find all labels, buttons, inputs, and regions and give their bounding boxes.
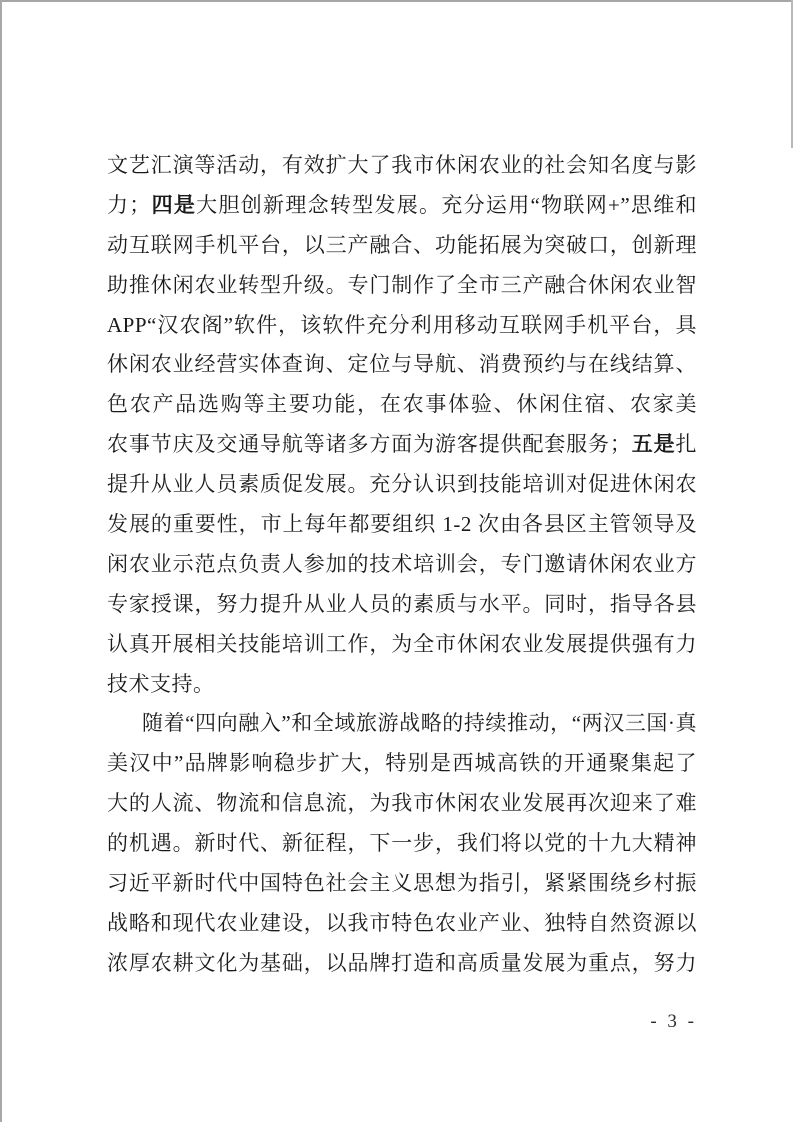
text-line: 随着“四向融入”和全域旅游战略的持续推动，“两汉三国·真: [107, 704, 697, 744]
text-run: 大的人流、物流和信息流，为我市休闲农业发展再次迎来了难得: [107, 791, 697, 824]
scan-edge-left-line: [0, 0, 2, 1122]
text-line: 美汉中”品牌影响稳步扩大，特别是西城高铁的开通聚集起了强: [107, 744, 697, 784]
bold-text-run: 四是: [151, 193, 196, 217]
text-line: 文艺汇演等活动，有效扩大了我市休闲农业的社会知名度与影响: [107, 146, 697, 186]
document-lines: 文艺汇演等活动，有效扩大了我市休闲农业的社会知名度与影响力；四是大胆创新理念转型…: [107, 146, 697, 984]
text-run: APP“汉农阁”软件，该软件充分利用移动互联网手机平台，具有: [107, 313, 697, 346]
text-line: 助推休闲农业转型升级。专门制作了全市三产融合休闲农业智能: [107, 266, 697, 306]
document-page: 文艺汇演等活动，有效扩大了我市休闲农业的社会知名度与影响力；四是大胆创新理念转型…: [0, 0, 793, 1122]
text-run: 随着“四向融入”和全域旅游战略的持续推动，“两汉三国·真: [142, 711, 697, 735]
text-run: 战略和现代农业建设，以我市特色农业产业、独特自然资源以及: [107, 911, 697, 944]
text-run: 色农产品选购等主要功能，在农事体验、休闲住宿、农家美食、: [107, 392, 697, 425]
text-line: 动互联网手机平台，以三产融合、功能拓展为突破口，创新理念: [107, 226, 697, 266]
text-line: 战略和现代农业建设，以我市特色农业产业、独特自然资源以及: [107, 904, 697, 944]
bold-text-run: 五是: [631, 432, 675, 456]
text-line: 技术支持。: [107, 665, 697, 705]
text-run: 动互联网手机平台，以三产融合、功能拓展为突破口，创新理念: [107, 233, 697, 266]
text-run: 浓厚农耕文化为基础，以品牌打造和高质量发展为重点，努力创: [107, 951, 697, 984]
text-line: APP“汉农阁”软件，该软件充分利用移动互联网手机平台，具有: [107, 306, 697, 346]
text-line: 力；四是大胆创新理念转型发展。充分运用“物联网+”思维和移: [107, 186, 697, 226]
text-run: 休闲农业经营实体查询、定位与导航、消费预约与在线结算、特: [107, 352, 697, 385]
text-line: 专家授课，努力提升从业人员的素质与水平。同时，指导各县区: [107, 585, 697, 625]
text-line: 大的人流、物流和信息流，为我市休闲农业发展再次迎来了难得: [107, 784, 697, 824]
text-line: 提升从业人员素质促发展。充分认识到技能培训对促进休闲农业: [107, 465, 697, 505]
text-run: 力；: [107, 193, 151, 217]
text-run: 大胆创新理念转型发展。充分运用“物联网+”思维和移: [107, 193, 697, 226]
text-line: 闲农业示范点负责人参加的技术培训会，专门邀请休闲农业方面: [107, 545, 697, 585]
text-line: 农事节庆及交通导航等诸多方面为游客提供配套服务；五是扎实: [107, 425, 697, 465]
text-run: 助推休闲农业转型升级。专门制作了全市三产融合休闲农业智能: [107, 273, 697, 306]
text-run: 技术支持。: [107, 672, 215, 696]
text-line: 发展的重要性，市上每年都要组织 1-2 次由各县区主管领导及休: [107, 505, 697, 545]
text-run: 发展的重要性，市上每年都要组织 1-2 次由各县区主管领导及休: [107, 512, 697, 545]
text-line: 浓厚农耕文化为基础，以品牌打造和高质量发展为重点，努力创: [107, 944, 697, 984]
text-run: 提升从业人员素质促发展。充分认识到技能培训对促进休闲农业: [107, 472, 697, 505]
text-run: 习近平新时代中国特色社会主义思想为指引，紧紧围绕乡村振兴: [107, 871, 697, 904]
text-line: 习近平新时代中国特色社会主义思想为指引，紧紧围绕乡村振兴: [107, 864, 697, 904]
page-number: - 3 -: [650, 1011, 697, 1033]
text-line: 的机遇。新时代、新征程，下一步，我们将以党的十九大精神及: [107, 824, 697, 864]
text-run: 认真开展相关技能培训工作，为全市休闲农业发展提供强有力的: [107, 632, 697, 665]
text-run: 农事节庆及交通导航等诸多方面为游客提供配套服务；: [107, 432, 631, 456]
scan-edge-top-line: [0, 0, 793, 2]
text-line: 休闲农业经营实体查询、定位与导航、消费预约与在线结算、特: [107, 345, 697, 385]
text-line: 色农产品选购等主要功能，在农事体验、休闲住宿、农家美食、: [107, 385, 697, 425]
text-run: 专家授课，努力提升从业人员的素质与水平。同时，指导各县区: [107, 592, 697, 625]
text-run: 美汉中”品牌影响稳步扩大，特别是西城高铁的开通聚集起了强: [107, 751, 697, 784]
text-line: 认真开展相关技能培训工作，为全市休闲农业发展提供强有力的: [107, 625, 697, 665]
text-run: 的机遇。新时代、新征程，下一步，我们将以党的十九大精神及: [107, 831, 697, 864]
text-run: 文艺汇演等活动，有效扩大了我市休闲农业的社会知名度与影响: [107, 153, 697, 186]
text-run: 闲农业示范点负责人参加的技术培训会，专门邀请休闲农业方面: [107, 552, 697, 585]
